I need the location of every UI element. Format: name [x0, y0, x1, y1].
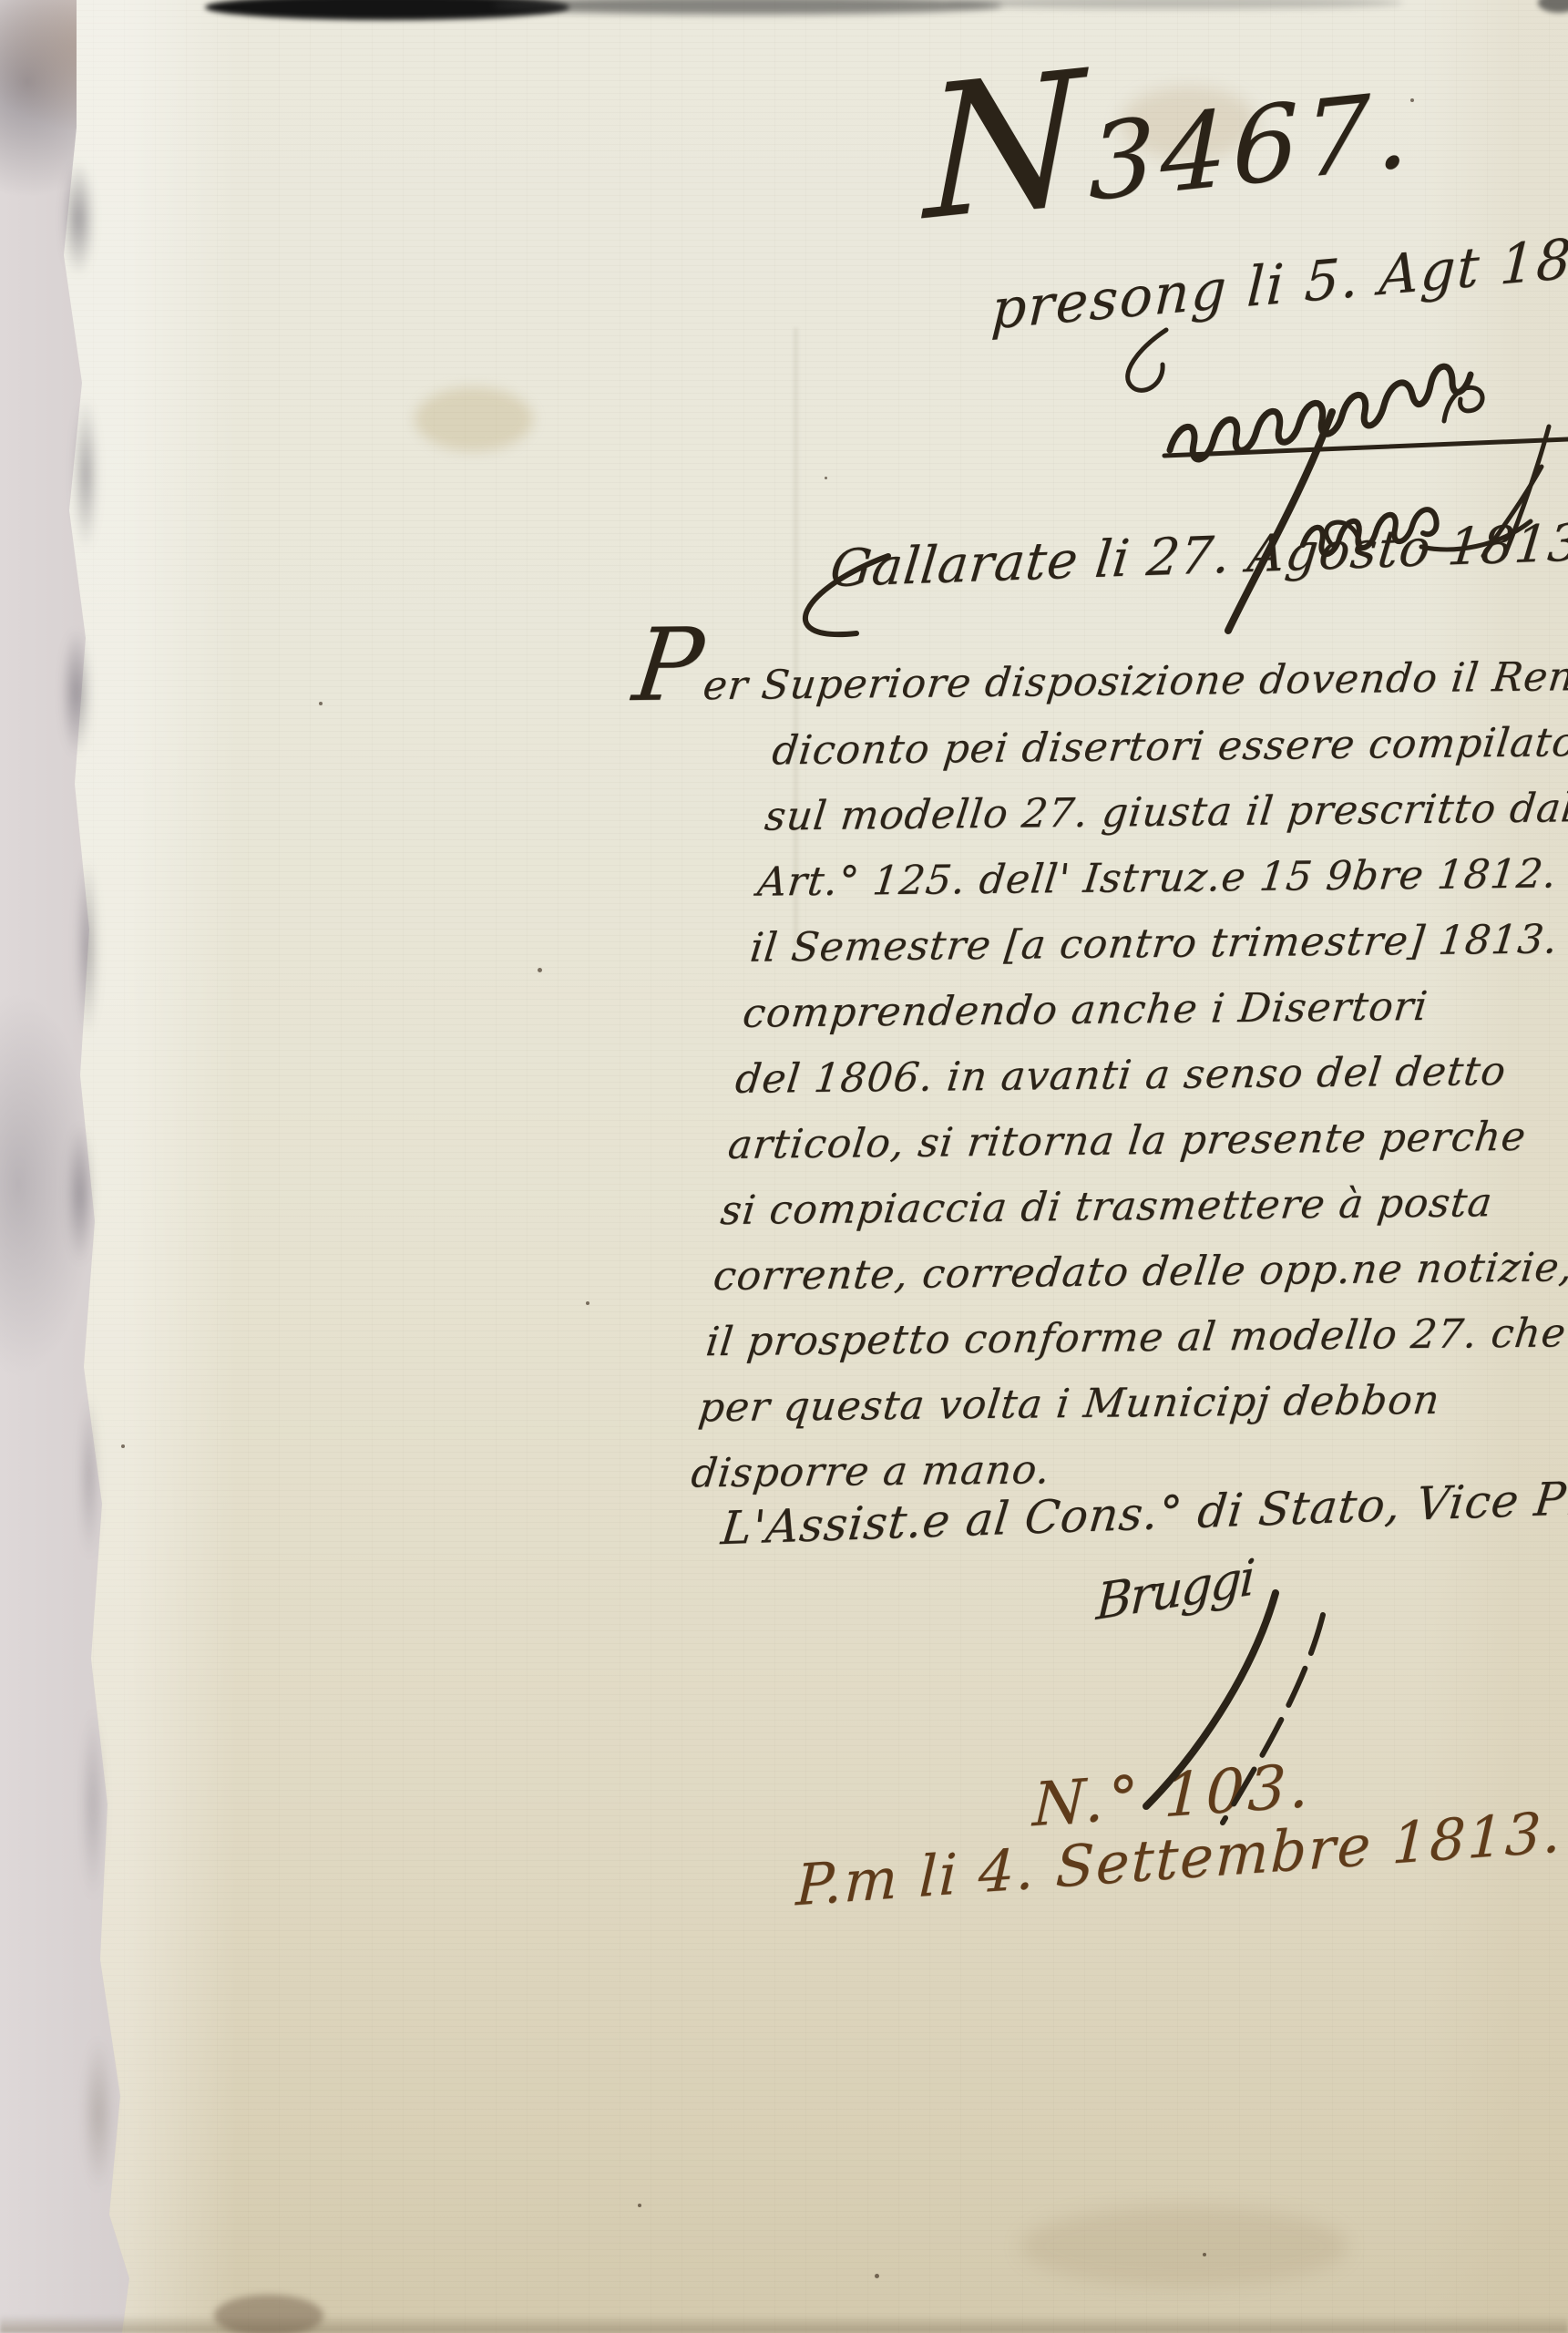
torn-left-edge	[35, 0, 118, 2333]
body-line: Per Superiore disposizione dovendo il Re…	[629, 627, 1568, 720]
body-line: il prospetto conforme al modello 27. che	[555, 1300, 1564, 1377]
body-line: si compiaccia di trasmettere à posta	[569, 1169, 1568, 1246]
foxing-dot	[638, 2204, 641, 2207]
manuscript-scan: N 3467. presong li 5. Agt 1813. Gallarat…	[0, 0, 1568, 2333]
body-line: diconto pei disertori essere compilato	[621, 710, 1568, 786]
foxing-dot	[121, 1444, 125, 1448]
body-line: sul modello 27. giusta il prescritto dal…	[614, 776, 1568, 852]
body-line: del 1806. in avanti a senso del detto	[584, 1038, 1568, 1115]
ink-stain	[415, 387, 533, 451]
foxing-dot	[875, 2274, 879, 2278]
body-line: Art.° 125. dell' Istruz.e 15 9bre 1812. …	[607, 841, 1568, 918]
body-line: il Semestre [a contro trimestre] 1813.	[600, 907, 1568, 983]
letter-body: Per Superiore disposizione dovendo il Re…	[540, 627, 1568, 1508]
edge-stain	[214, 2295, 323, 2333]
body-line: corrente, corredato delle opp.ne notizie…	[562, 1235, 1568, 1311]
body-line: per questa volta i Municipj debbon	[548, 1366, 1557, 1443]
body-line: comprendendo anche i Disertori	[591, 972, 1568, 1049]
registration-number-prefix: N	[925, 47, 1083, 247]
foxing-dot	[319, 702, 323, 705]
body-line: articolo, si ritorna la presente perche	[577, 1104, 1568, 1180]
paper-stain	[1020, 2205, 1348, 2287]
foxing-dot	[538, 968, 542, 972]
foxing-dot	[1203, 2253, 1206, 2256]
foxing-dot	[825, 477, 827, 479]
registration-number-digits: 3467.	[1089, 77, 1414, 217]
